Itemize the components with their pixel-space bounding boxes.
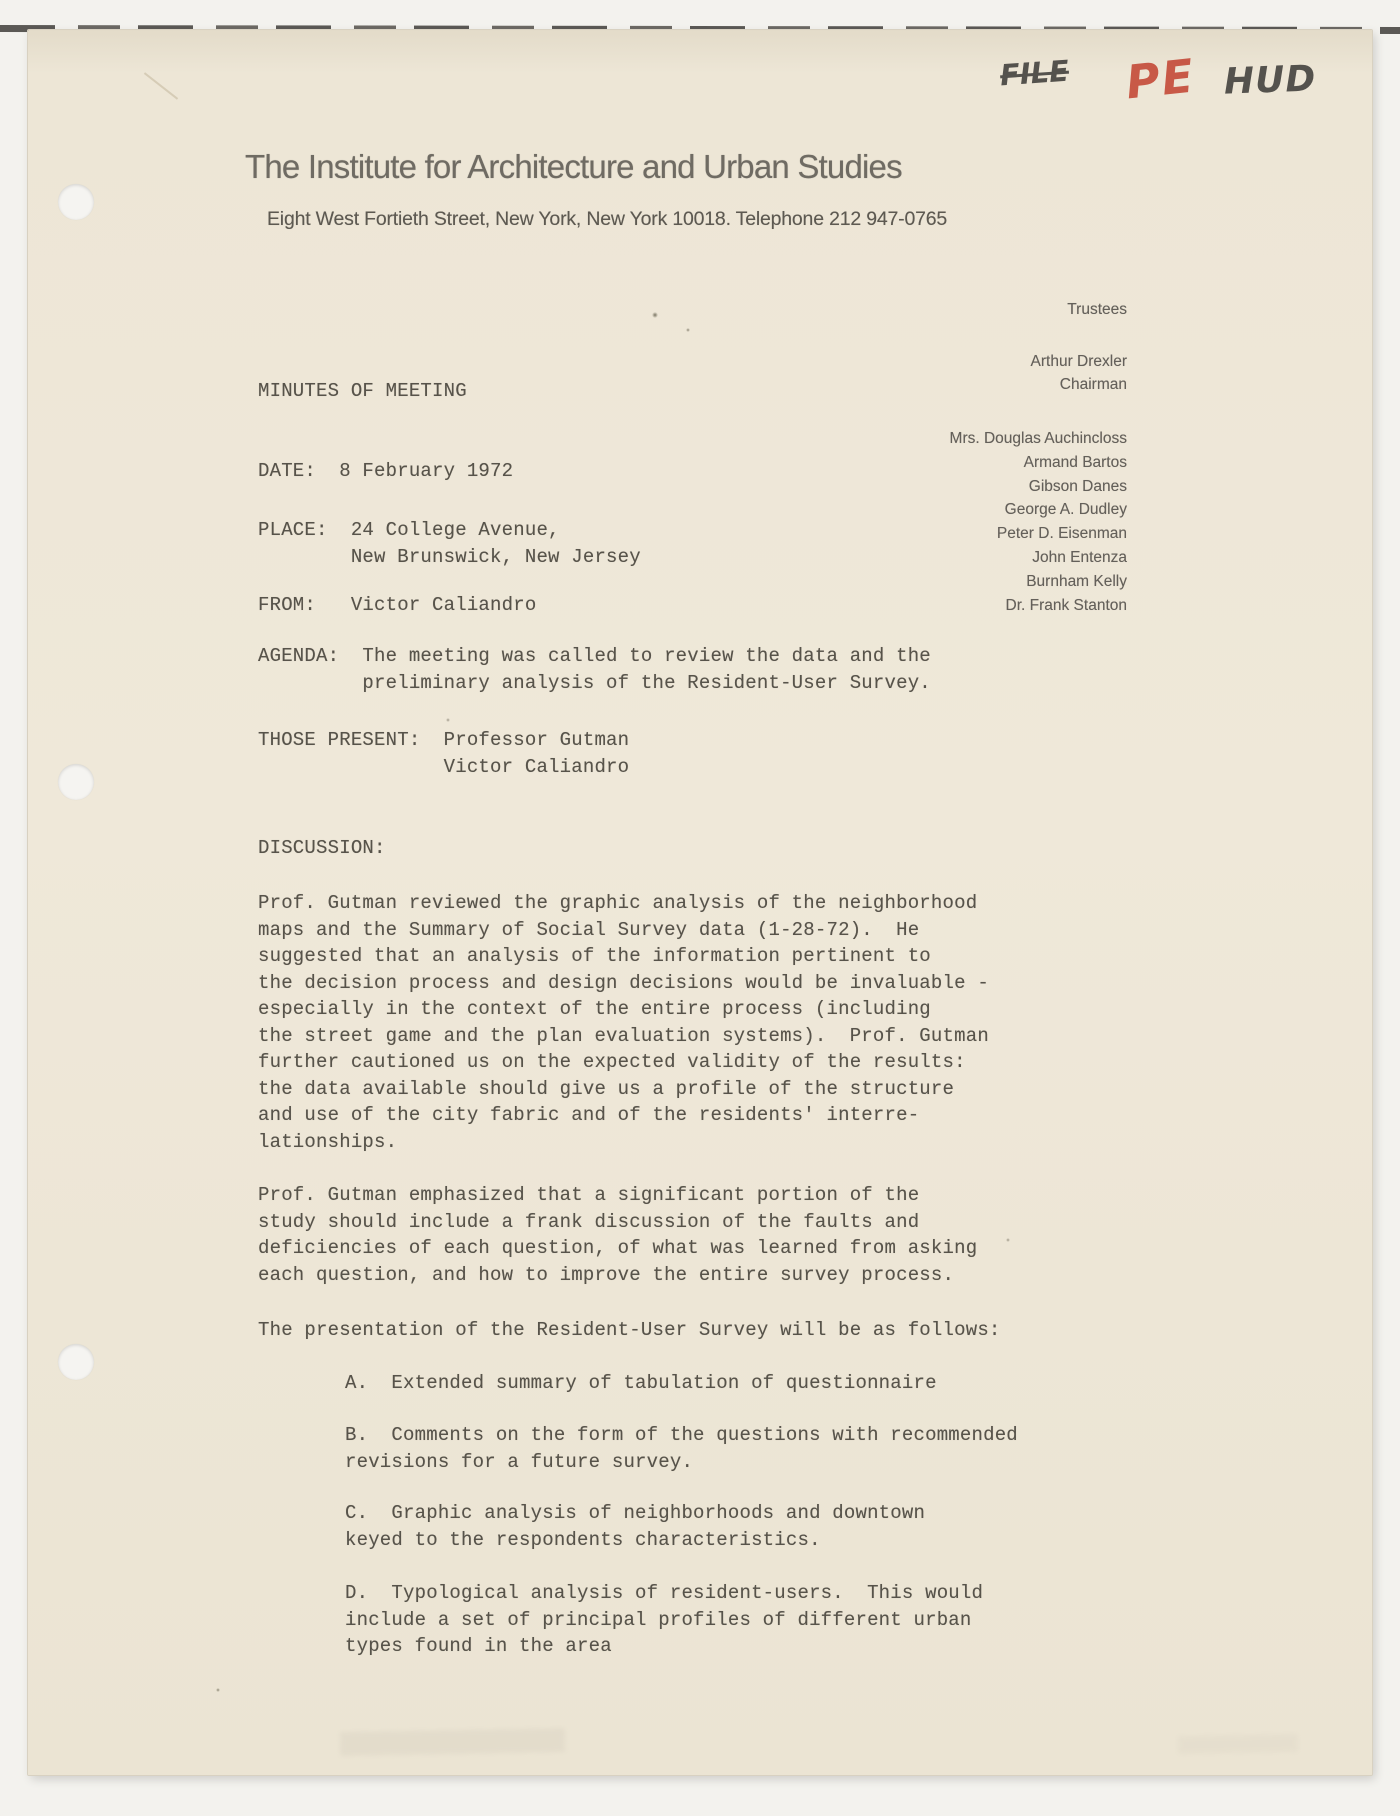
trustee-name: Mrs. Douglas Auchincloss	[807, 427, 1127, 451]
field-agenda: AGENDA: The meeting was called to review…	[258, 643, 931, 696]
discussion-heading: DISCUSSION:	[258, 835, 386, 862]
trustees-list: Mrs. Douglas Auchincloss Armand Bartos G…	[807, 427, 1127, 617]
discussion-paragraph: The presentation of the Resident-User Su…	[258, 1317, 1001, 1344]
field-from: FROM: Victor Caliandro	[258, 592, 536, 619]
trustee-name: Gibson Danes	[807, 475, 1127, 499]
trustee-name: John Entenza	[807, 546, 1127, 570]
trustee-name: Peter D. Eisenman	[807, 522, 1127, 546]
trustee-name: Armand Bartos	[807, 451, 1127, 475]
document-title: MINUTES OF MEETING	[258, 378, 467, 405]
agenda-item-b: B. Comments on the form of the questions…	[345, 1422, 1018, 1475]
field-date: DATE: 8 February 1972	[258, 458, 513, 485]
letterhead-address: Eight West Fortieth Street, New York, Ne…	[267, 208, 947, 231]
trustee-chairman-title: Chairman	[807, 373, 1127, 396]
paper-crease-mark	[144, 72, 178, 99]
field-those-present: THOSE PRESENT: Professor Gutman Victor C…	[258, 727, 629, 780]
letter-page: FILE PE HUD The Institute for Architectu…	[28, 30, 1372, 1775]
scanned-document: FILE PE HUD The Institute for Architectu…	[0, 0, 1400, 1816]
ink-ghosting-smudge	[1178, 1734, 1298, 1754]
trustees-heading: Trustees	[807, 301, 1127, 319]
hole-punch	[58, 764, 94, 800]
agenda-item-a: A. Extended summary of tabulation of que…	[345, 1370, 937, 1397]
trustee-chairman-name: Arthur Drexler	[807, 350, 1127, 373]
field-place: PLACE: 24 College Avenue, New Brunswick,…	[258, 517, 641, 570]
trustee-name: George A. Dudley	[807, 498, 1127, 522]
hole-punch	[58, 184, 94, 220]
discussion-paragraph: Prof. Gutman emphasized that a significa…	[258, 1182, 977, 1288]
trustee-name: Burnham Kelly	[807, 570, 1127, 594]
handwritten-hud-annotation: HUD	[1223, 58, 1317, 102]
agenda-item-c: C. Graphic analysis of neighborhoods and…	[345, 1500, 925, 1553]
discussion-paragraph: Prof. Gutman reviewed the graphic analys…	[258, 890, 989, 1155]
letterhead-org-name: The Institute for Architecture and Urban…	[245, 148, 902, 186]
trustee-name: Dr. Frank Stanton	[807, 594, 1127, 618]
trustees-chairman: Arthur Drexler Chairman	[807, 350, 1127, 396]
handwritten-pe-annotation: PE	[1123, 49, 1197, 110]
agenda-item-d: D. Typological analysis of resident-user…	[345, 1580, 983, 1660]
ink-ghosting-smudge	[340, 1728, 565, 1756]
hole-punch	[58, 1344, 94, 1380]
handwritten-file-annotation: FILE	[999, 54, 1070, 93]
